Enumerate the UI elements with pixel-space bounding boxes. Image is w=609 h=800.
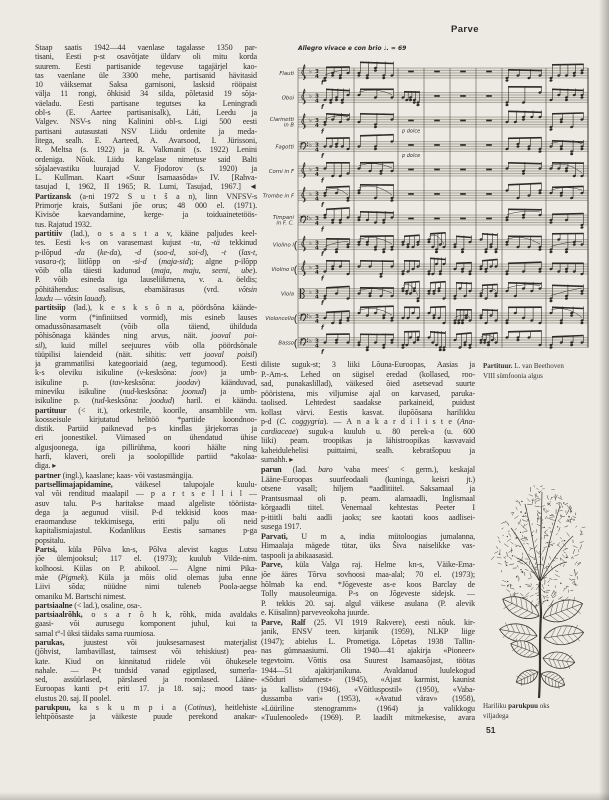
plant-svg bbox=[481, 466, 603, 700]
text-line: tegevtoim. Võttis osa Suurest Isamaasõja… bbox=[261, 656, 475, 666]
text-line: lehtpõõsaste ja väikeste puude perekond … bbox=[35, 712, 257, 721]
plant-caption-line: Hariliku parukpuu oks bbox=[483, 701, 599, 711]
svg-text:♭: ♭ bbox=[309, 215, 312, 222]
text-line: Parve, Ralf (25. VI 1919 Rakvere), eesti… bbox=[261, 618, 475, 628]
svg-text:♭: ♭ bbox=[309, 142, 312, 149]
svg-text:4: 4 bbox=[315, 270, 319, 276]
text-line: liiki) peam. troopikas ja lähistroopikas… bbox=[261, 436, 475, 446]
text-line: Parvati, U m a, india mütoloogias jumala… bbox=[261, 532, 475, 542]
svg-text:f: f bbox=[321, 349, 325, 356]
text-line: põhitähendus: osalisus, ebamäärasus (vrd… bbox=[35, 285, 257, 294]
svg-text:4: 4 bbox=[315, 319, 319, 325]
text-line: omadussõnasarnaselt (võib olla täiend, ü… bbox=[35, 322, 257, 331]
text-line: Partizansk (a-ni 1972 S u t š a n), linn… bbox=[35, 192, 257, 201]
text-line: Prantsusmaal oli p. peam. alamaadli, Ing… bbox=[261, 494, 475, 504]
text-line: cardiaceae) suguk-a kuulub u. 80 perek-a… bbox=[261, 427, 475, 437]
text-line: distik. Partiid paiknevad p-s kindlas jä… bbox=[35, 424, 257, 433]
text-line: jõe ääres Tõrva sovhoosi maa-alal; 70 el… bbox=[261, 570, 475, 580]
svg-text:f: f bbox=[321, 129, 325, 136]
text-line: tasujad I, 1962, II 1965; R. Lumi, Tasuj… bbox=[35, 182, 257, 191]
page-number: 51 bbox=[486, 725, 495, 735]
svg-text:f: f bbox=[321, 153, 325, 160]
text-line: põhisõnaga käändes ning arvus, näit. joo… bbox=[35, 331, 257, 340]
svg-text:Trombe in F: Trombe in F bbox=[263, 194, 295, 200]
svg-text:♭: ♭ bbox=[309, 313, 312, 320]
text-line: P.-Am-s. Lehed on sügisel eredad (kollas… bbox=[261, 370, 475, 380]
text-line: eraomanduse tekkimisega, eriti palju oli… bbox=[35, 517, 257, 526]
svg-text:4: 4 bbox=[315, 344, 319, 350]
text-line: elustus 20. saj. II poolel. bbox=[35, 694, 257, 703]
text-line: kapitalismiajastul. Kodanlikus Eestis sa… bbox=[35, 526, 257, 535]
text-line: diga. ▸ bbox=[35, 461, 257, 470]
svg-text:♭: ♭ bbox=[309, 264, 312, 271]
svg-text:f: f bbox=[321, 178, 325, 185]
text-line: dussamba vari» (1953), «Avatud värav» (1… bbox=[261, 694, 475, 704]
orchestral-score-figure: Allegro vivace e con brio ♩. = 69Flauti♭… bbox=[256, 36, 604, 360]
svg-text:Viola: Viola bbox=[281, 292, 294, 298]
text-line: algusjoonega, iga pillirühma, koori hääl… bbox=[35, 443, 257, 452]
text-line: Valgev. NSV-s ning Kalinini obl-s. Ligi … bbox=[35, 117, 257, 126]
text-line: koosseisule kirjutatud helitöö *partiide… bbox=[35, 415, 257, 424]
score-caption-line: Partituur. L. van Beethoven bbox=[483, 361, 597, 371]
svg-text:Violino I: Violino I bbox=[273, 243, 295, 249]
svg-text:♭: ♭ bbox=[309, 289, 312, 296]
text-line: gaasi- või aurusegu komponent juhul, kui… bbox=[35, 619, 257, 628]
text-line: harfi, klaveri, oreli ja soolopillide pa… bbox=[35, 452, 257, 461]
svg-text:f: f bbox=[321, 202, 325, 209]
text-line: susega 1917. bbox=[261, 522, 475, 532]
text-line: suurem. Eesti partisanide tegevuse tagaj… bbox=[35, 62, 257, 71]
text-line: popsitalu. bbox=[35, 536, 257, 545]
svg-text:4: 4 bbox=[315, 99, 319, 105]
svg-text:Corni in F: Corni in F bbox=[269, 169, 295, 175]
text-line: line vorm (*infiniitsed vormid), mis esi… bbox=[35, 313, 257, 322]
text-line: P. tekkis 20. saj. algul väikese asulana… bbox=[261, 599, 475, 609]
text-line: obl-s (E. Aartee partisanisalk), Läti, L… bbox=[35, 108, 257, 117]
svg-text:Violino II: Violino II bbox=[271, 267, 294, 273]
text-line: sumahh. ▸ bbox=[261, 455, 475, 465]
text-line: jõe ülemjooksul; 117 el. (1973); kuulub … bbox=[35, 554, 257, 563]
text-line: kolhoosi. Külas on P. abikool. — Algne n… bbox=[35, 564, 257, 573]
svg-text:4: 4 bbox=[315, 221, 319, 227]
text-line: litega, sealh. E. Aarteed, A. Avarsood, … bbox=[35, 136, 257, 145]
text-line: võib olla täiesti kadunud (maja, maju, s… bbox=[35, 266, 257, 275]
score-caption-line: VIII sümfoonia algus bbox=[483, 371, 597, 381]
text-line: sed, assüürlased, pärslased ja roomlased… bbox=[35, 675, 257, 684]
text-line: pööristena, mis viljumise ajal on karvas… bbox=[261, 389, 475, 399]
text-line: isikuline p. (tav-kesksõna: joodav) kään… bbox=[35, 378, 257, 387]
text-line: partitiiv (lad.), o s a s t a v, kääne p… bbox=[35, 229, 257, 238]
text-line: tes. Eesti k-s on varasemast kujust -ta,… bbox=[35, 238, 257, 247]
svg-text:(: ( bbox=[294, 337, 298, 350]
smoketree-illustration bbox=[481, 466, 603, 700]
svg-text:♭: ♭ bbox=[309, 93, 312, 100]
text-line: taolised. Lehtedest saadakse parkaineid,… bbox=[261, 398, 475, 408]
text-line: sad, punakaslillad), väikesed õied asets… bbox=[261, 379, 475, 389]
text-line: kõrgaadli tiitel. Venemaal kehtestas Pee… bbox=[261, 503, 475, 513]
text-line: «Lüüriline stenogramm» (1964) ja valikko… bbox=[261, 704, 475, 714]
text-line: val või renditud maalapil — p a r t s e … bbox=[35, 489, 257, 498]
svg-text:4: 4 bbox=[315, 246, 319, 252]
text-line: p-ilõpud -da (ke-da), -d (soo-d, soi-d),… bbox=[35, 248, 257, 257]
svg-text:4: 4 bbox=[315, 74, 319, 80]
svg-text:f: f bbox=[321, 300, 325, 307]
svg-text:♭: ♭ bbox=[309, 338, 312, 345]
svg-text:(: ( bbox=[294, 239, 298, 252]
text-line: 10 väiksemat Saksa garnisoni, lasksid rö… bbox=[35, 80, 257, 89]
plant-caption-line: viljadega bbox=[483, 711, 599, 721]
svg-text:f: f bbox=[321, 276, 325, 283]
svg-text:♭: ♭ bbox=[309, 68, 312, 75]
text-line: partituur (< it.), orkestrile, koorile, … bbox=[35, 406, 257, 415]
text-line: R. Meltsa (s. 1922) ja R. Valkmanit (s. … bbox=[35, 145, 257, 154]
text-line: nahale. — P-t tundsid vanad egiptlased, … bbox=[35, 666, 257, 675]
svg-text:Basso: Basso bbox=[278, 341, 294, 347]
page-edge-shadow-right bbox=[599, 0, 609, 800]
text-line: parukpuu, ka s k u m p i a (Cotinus), he… bbox=[35, 703, 257, 712]
text-line: partsellimajapidamine, väikesel talupoja… bbox=[35, 480, 257, 489]
svg-text:Oboi: Oboi bbox=[282, 96, 295, 102]
text-line: janik, ENSV teen. kirjanik (1959), NLKP … bbox=[261, 627, 475, 637]
svg-text:4: 4 bbox=[315, 172, 319, 178]
svg-text:♭: ♭ bbox=[309, 117, 312, 124]
text-line: parun (lad. baro 'vaba mees' < germ.), k… bbox=[261, 465, 475, 475]
text-line: tüüpilisi laiendeid (näit. sihitis: vett… bbox=[35, 350, 257, 359]
svg-text:4: 4 bbox=[315, 197, 319, 203]
text-line: P. võib esineda iga lauseliikmena, v. a.… bbox=[35, 275, 257, 284]
text-line: kaheidulehelisi puittaimi, sealh. kebrat… bbox=[261, 446, 475, 456]
svg-text:(: ( bbox=[294, 264, 298, 277]
text-line: Partsi, küla Põlva kn-s, Põlva alevist k… bbox=[35, 545, 257, 554]
text-line: otsene vasall; hiljem *aadlitiitel. Saks… bbox=[261, 484, 475, 494]
svg-text:♭: ♭ bbox=[309, 240, 312, 247]
text-line: mineviku isikuline (nud-kesksõna: joonud… bbox=[35, 387, 257, 396]
right-text-column: diliste suguk-st; 3 liiki Lõuna-Euroopas… bbox=[261, 360, 475, 723]
text-line: k-s oleviku isikuline (v-kesksõna: joov)… bbox=[35, 368, 257, 377]
svg-text:Allegro vivace e con brio ♩. =: Allegro vivace e con brio ♩. = 69 bbox=[297, 45, 406, 52]
svg-text:in B: in B bbox=[284, 123, 295, 129]
text-line: laudu — võtsin lauad). bbox=[35, 294, 257, 303]
text-line: kollast värvi. Eestis kasvat. ilupõõsana… bbox=[261, 408, 475, 418]
text-line: mäe (Pigmek). Küla ja mõis olid olemas j… bbox=[35, 573, 257, 582]
text-line: partsiaalne (< lad.), osaline, osa-. bbox=[35, 601, 257, 610]
text-line: partitsiip (lad.), k e s k s õ n a, pöör… bbox=[35, 303, 257, 312]
plant-caption: Hariliku parukpuu oksviljadega bbox=[483, 701, 599, 721]
page-guide-word: Parve bbox=[451, 24, 479, 35]
text-line: «Tuulenooled» (1969). P. laadilt mitmeke… bbox=[261, 713, 475, 723]
svg-text:Fagotti: Fagotti bbox=[275, 145, 294, 151]
svg-text:in F. C.: in F. C. bbox=[276, 221, 294, 227]
text-line: L. Kullman. Kaart «Suur Isamaasõda» IV. … bbox=[35, 173, 257, 182]
svg-text:♭: ♭ bbox=[309, 191, 312, 198]
text-line: Himaalaja mägede tütar, üks Šiva naiseli… bbox=[261, 541, 475, 551]
text-line: Staap saatis 1942—44 vaenlase tagalasse … bbox=[35, 43, 257, 52]
text-line: sil), kuid millel seejuures võib olla pö… bbox=[35, 341, 257, 350]
score-svg: Allegro vivace e con brio ♩. = 69Flauti♭… bbox=[256, 36, 604, 360]
text-line: välja 11 rongi, õhkisid 34 silda, põleta… bbox=[35, 89, 257, 98]
svg-text:4: 4 bbox=[315, 295, 319, 301]
encyclopedia-page: Parve Staap saatis 1942—44 vaenlase taga… bbox=[0, 0, 609, 800]
svg-text:p dolce: p dolce bbox=[401, 153, 420, 159]
text-line: 1944—51 ajakirjanikuna. Avaldanud luulek… bbox=[261, 666, 475, 676]
text-line: ordeniga. Nõuk. Liidu kangelase nimetuse… bbox=[35, 155, 257, 164]
svg-text:f: f bbox=[321, 325, 325, 332]
left-text-column: Staap saatis 1942—44 vaenlase tagalasse … bbox=[35, 43, 257, 722]
text-line: hõlmab ka end. *Jõgeveste as-e koos Barc… bbox=[261, 580, 475, 590]
text-line: (jõhvist, lambavillast, taimsest või teh… bbox=[35, 647, 257, 656]
text-line: sõjalaevastiku luurajad V. Fjodorov (s. … bbox=[35, 164, 257, 173]
svg-text:4: 4 bbox=[315, 123, 319, 129]
svg-text:f: f bbox=[321, 227, 325, 234]
text-line: samal t°-l üksi täidaks sama ruumiosa. bbox=[35, 629, 257, 638]
text-line: p-d (C. coggygria). — A n a k a r d i l … bbox=[261, 417, 475, 427]
text-line: Lääne-Euroopas suurfeodaali (kuninga, ke… bbox=[261, 475, 475, 485]
text-line: nas gümnaasiumi. Oli 1940—41 ajakirja «P… bbox=[261, 646, 475, 656]
text-line: Tolly mausoleumiga. P-s on Jõgeveste sid… bbox=[261, 589, 475, 599]
svg-text:f: f bbox=[321, 104, 325, 111]
text-line: väeladu. Eesti partisane tegutses ka Len… bbox=[35, 99, 257, 108]
text-line: omaniku M. Bartschi nimest. bbox=[35, 592, 257, 601]
text-line: isikuline p. (tud-kesksõna: joodud) hari… bbox=[35, 396, 257, 405]
text-line: vasara-t); liitlõpp on -si-d (maja-sid);… bbox=[35, 257, 257, 266]
text-line: ja grammatilisi kategooriaid (aeg, tegum… bbox=[35, 359, 257, 368]
text-line: taspooli ja abikaasasid. bbox=[261, 551, 475, 561]
svg-text:p dolce: p dolce bbox=[401, 129, 420, 135]
text-line: partisani autasustati NSV Liidu ordenite… bbox=[35, 127, 257, 136]
text-line: (1947); abielus L. Prometiga. Lõpetas 19… bbox=[261, 637, 475, 647]
svg-text:f: f bbox=[321, 251, 325, 258]
text-line: asuv talu. P-s haritakse maad algeliste … bbox=[35, 499, 257, 508]
text-line: tas vaenlane üle 3300 mehe, partisanid h… bbox=[35, 71, 257, 80]
text-line: diliste suguk-st; 3 liiki Lõuna-Euroopas… bbox=[261, 360, 475, 370]
text-line: Primorje krais, Sutšani jõe orus; 48 000… bbox=[35, 201, 257, 210]
text-line: parukas, juustest või juuksesarnasest ma… bbox=[35, 638, 257, 647]
page-edge-shadow-bottom bbox=[0, 792, 609, 800]
text-line: Kivisöe kaevandamine, kerge- ja toiduain… bbox=[35, 210, 257, 219]
svg-text:Flauti: Flauti bbox=[279, 71, 294, 77]
text-line: dega ja aegunud viisil. P-d tekkisid koo… bbox=[35, 508, 257, 517]
text-line: «Sõduri südamest» (1945), «Ajast karmist… bbox=[261, 675, 475, 685]
text-line: partner (ingl.), kaaslane; kaas- või vas… bbox=[35, 471, 257, 480]
text-line: kate. Kiud on kinnitatud riidele või õhu… bbox=[35, 657, 257, 666]
text-line: Parve, küla Valga raj. Helme kn-s, Väike… bbox=[261, 560, 475, 570]
svg-text:Violoncello: Violoncello bbox=[265, 316, 294, 322]
svg-text:♭: ♭ bbox=[309, 166, 312, 173]
text-line: Liivi sõda; nüüdne nimi tuleneb Poola-ae… bbox=[35, 582, 257, 591]
svg-text:(: ( bbox=[294, 313, 298, 326]
text-line: tus. Rajatud 1932. bbox=[35, 220, 257, 229]
text-line: tisani, Eesti p-st osavõtjate üldarv oli… bbox=[35, 52, 257, 61]
svg-text:4: 4 bbox=[315, 148, 319, 154]
text-line: Euroopas kanti p-t eriti 17. ja 18. saj.… bbox=[35, 684, 257, 693]
text-line: partsiaalrõhk, o s a r õ h k, rõhk, mida… bbox=[35, 610, 257, 619]
text-line: e. Kiisalinn) parveveokoha juurde. bbox=[261, 608, 475, 618]
text-line: ja kallist» (1946), «Võitluspostil» (195… bbox=[261, 685, 475, 695]
text-line: p-itiitli balti aadli jaoks; see kaotati… bbox=[261, 513, 475, 523]
score-caption: Partituur. L. van BeethovenVIII sümfooni… bbox=[483, 361, 597, 381]
text-line: eri joonestikel. Viimased on ühendatud ü… bbox=[35, 433, 257, 442]
